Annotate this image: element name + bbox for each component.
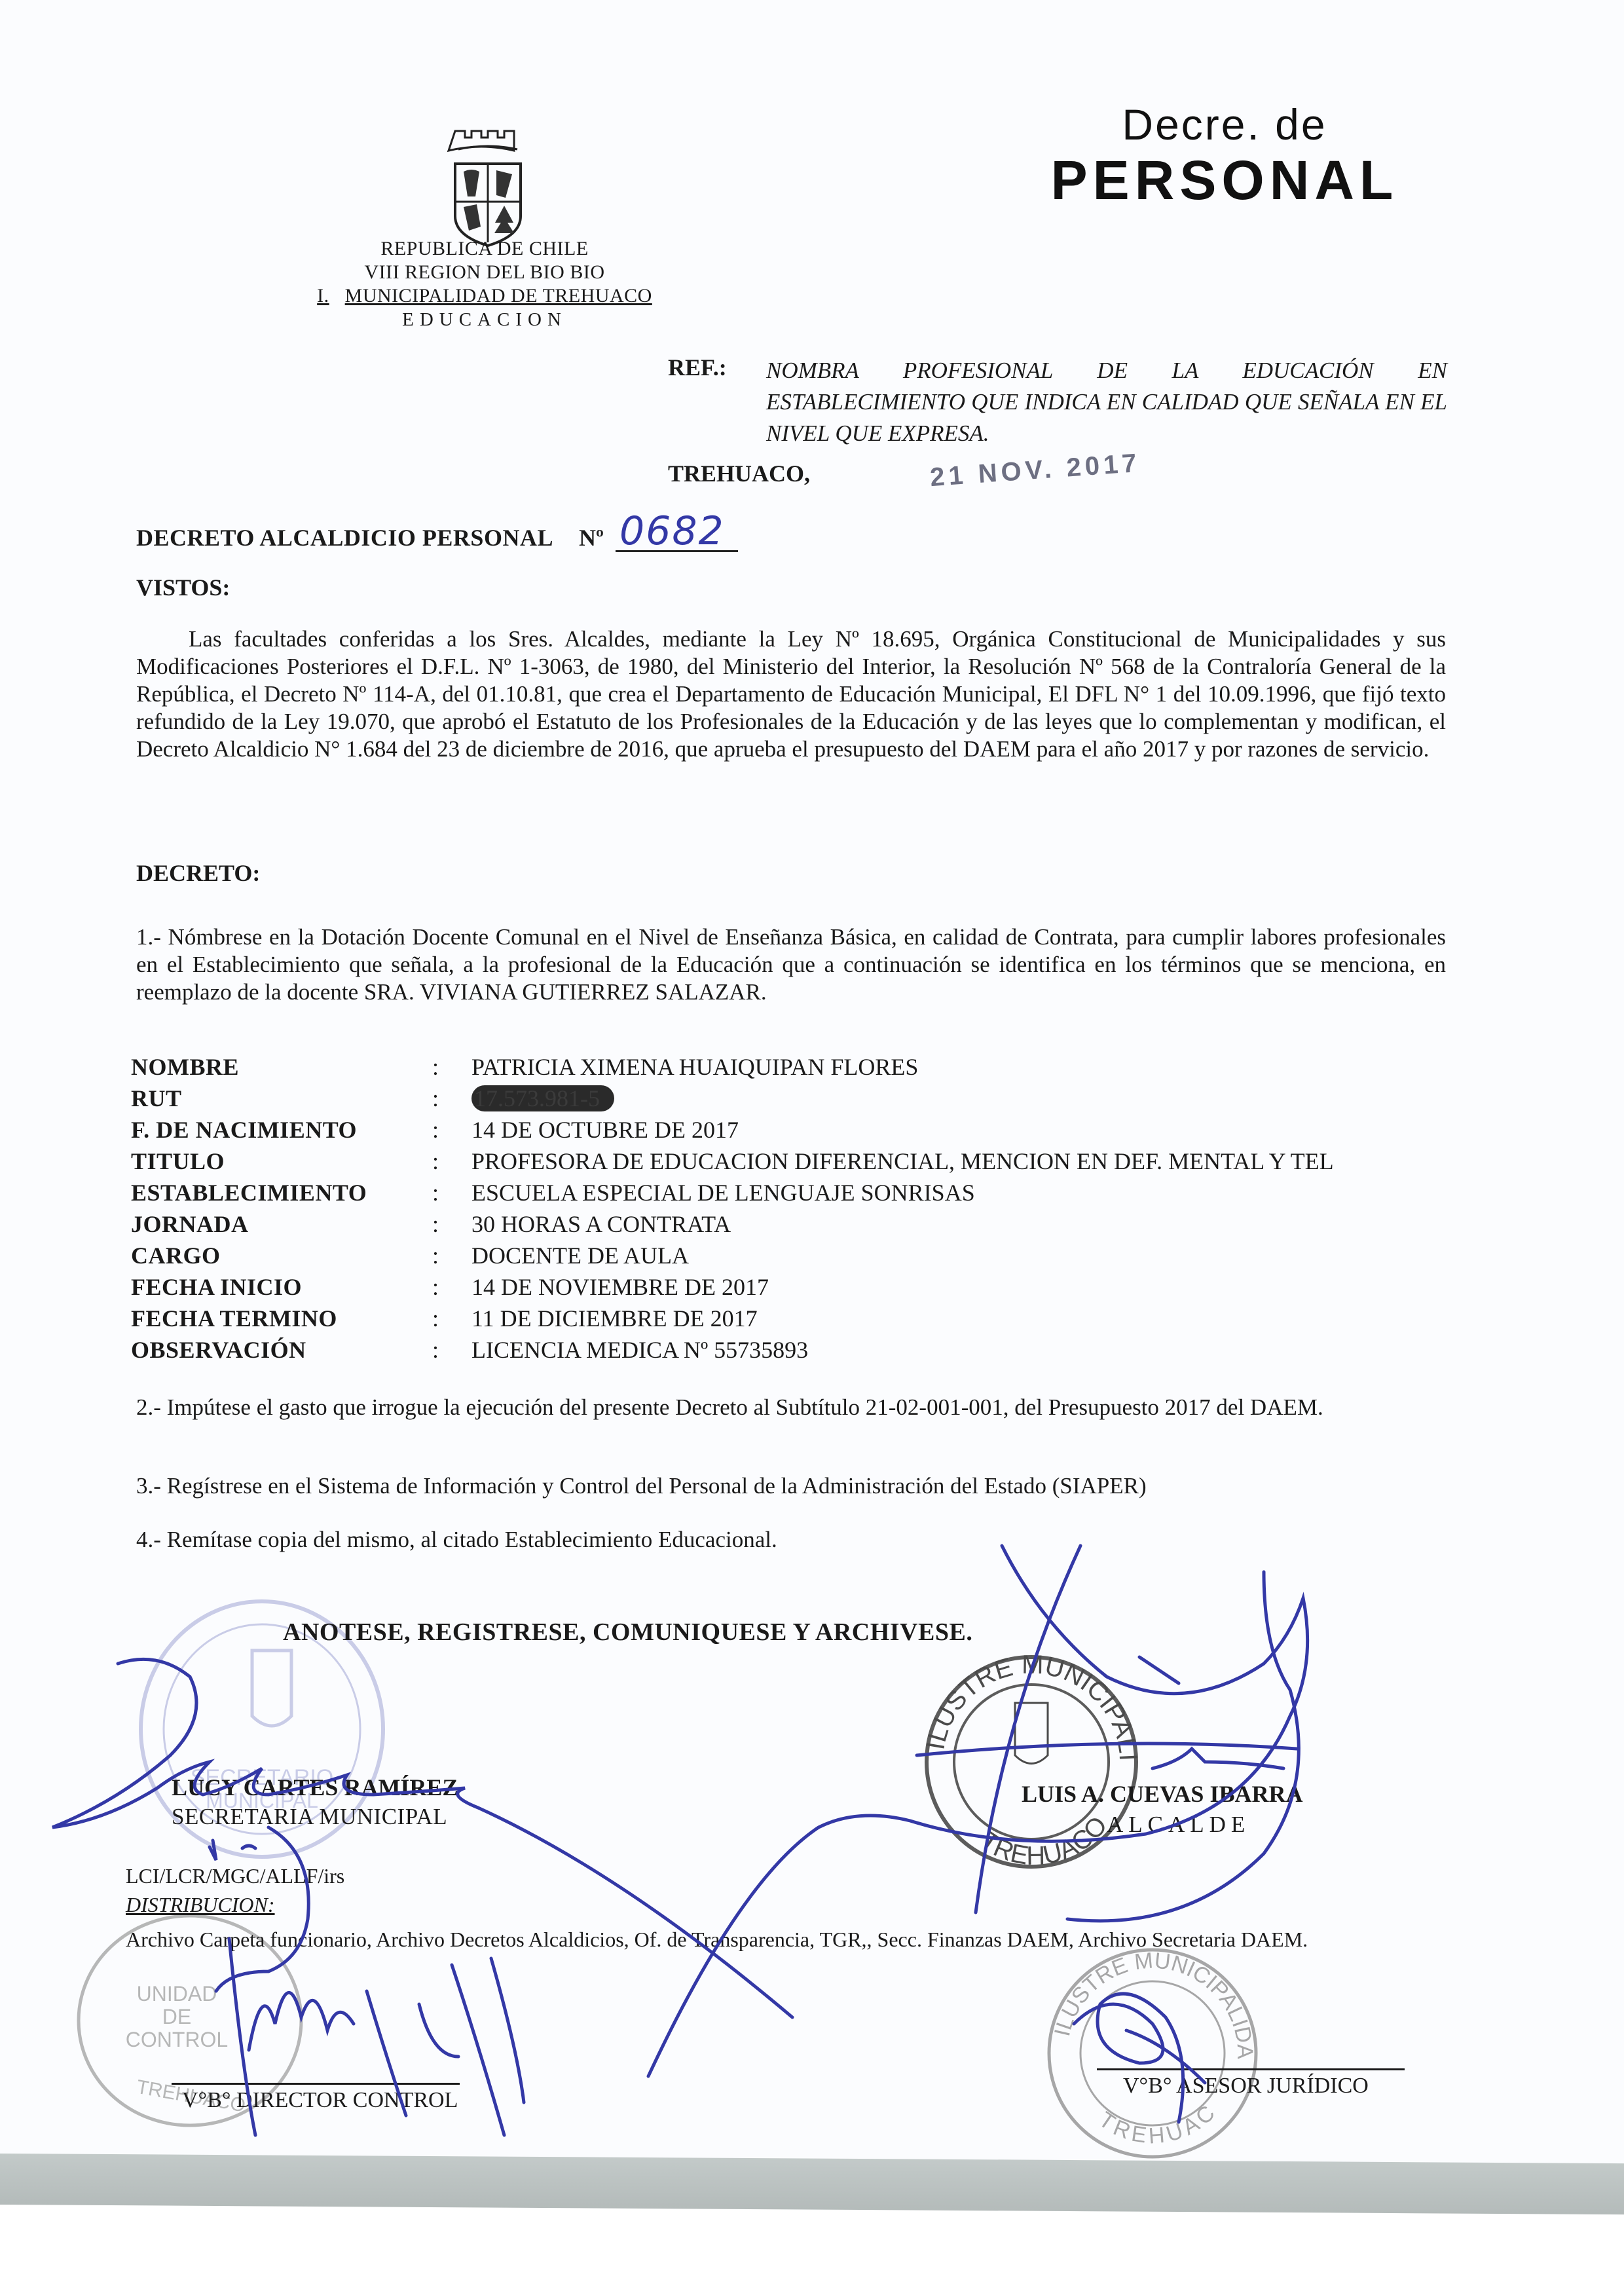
redacted-value: 17.573.981-5 xyxy=(471,1085,614,1111)
decreto-title: DECRETO: xyxy=(136,859,260,887)
detail-value-text: PATRICIA XIMENA HUAIQUIPAN FLORES xyxy=(471,1054,918,1080)
document-type-line1: Decre. de xyxy=(1028,98,1421,151)
detail-row: CARGO:DOCENTE DE AULA xyxy=(131,1240,1441,1271)
decreto-item-4: 4.- Remítase copia del mismo, al citado … xyxy=(136,1526,1446,1554)
detail-label: CARGO xyxy=(131,1240,432,1271)
mayor-name: LUIS A. CUEVAS IBARRA xyxy=(1022,1780,1302,1808)
detail-separator: : xyxy=(432,1051,471,1083)
detail-row: FECHA TERMINO:11 DE DICIEMBRE DE 2017 xyxy=(131,1303,1441,1334)
reference-text: NOMBRA PROFESIONAL DE LA EDUCACIÓN EN ES… xyxy=(766,355,1447,449)
control-signature-line xyxy=(172,2083,460,2085)
detail-label: ESTABLECIMIENTO xyxy=(131,1177,432,1208)
header-line-country: REPUBLICA DE CHILE xyxy=(288,237,681,261)
detail-label: NOMBRE xyxy=(131,1051,432,1083)
decree-title: DECRETO ALCALDICIO PERSONAL xyxy=(136,524,553,551)
detail-separator: : xyxy=(432,1271,471,1303)
detail-label: OBSERVACIÓN xyxy=(131,1334,432,1366)
detail-value-text: PROFESORA DE EDUCACION DIFERENCIAL, MENC… xyxy=(471,1148,1334,1174)
legal-signature-line xyxy=(1097,2068,1405,2070)
detail-value: PROFESORA DE EDUCACION DIFERENCIAL, MENC… xyxy=(471,1146,1441,1177)
secretary-name: LUCY CARTES RAMÍREZ xyxy=(172,1774,458,1801)
detail-label: TITULO xyxy=(131,1146,432,1177)
detail-value-text: DOCENTE DE AULA xyxy=(471,1242,689,1269)
detail-label: JORNADA xyxy=(131,1208,432,1240)
detail-row: JORNADA:30 HORAS A CONTRATA xyxy=(131,1208,1441,1240)
detail-separator: : xyxy=(432,1334,471,1366)
legal-approval-label: V°B° ASESOR JURÍDICO xyxy=(1123,2074,1369,2099)
mayor-role: ALCALDE xyxy=(1107,1812,1250,1838)
scanner-edge-shadow xyxy=(0,2154,1624,2214)
detail-value: 11 DE DICIEMBRE DE 2017 xyxy=(471,1303,1441,1334)
detail-label: F. DE NACIMIENTO xyxy=(131,1114,432,1146)
decree-number-handwritten: 0682 xyxy=(616,512,738,552)
appointee-details-table: NOMBRE:PATRICIA XIMENA HUAIQUIPAN FLORES… xyxy=(131,1051,1441,1366)
detail-value: DOCENTE DE AULA xyxy=(471,1240,1441,1271)
detail-row: F. DE NACIMIENTO:14 DE OCTUBRE DE 2017 xyxy=(131,1114,1441,1146)
detail-row: OBSERVACIÓN:LICENCIA MEDICA Nº 55735893 xyxy=(131,1334,1441,1366)
detail-value-text: ESCUELA ESPECIAL DE LENGUAJE SONRISAS xyxy=(471,1180,975,1206)
detail-value-text: LICENCIA MEDICA Nº 55735893 xyxy=(471,1337,808,1363)
decree-number-label: Nº xyxy=(579,524,604,551)
place-label: TREHUACO, xyxy=(668,460,810,487)
control-approval-label: V°B° DIRECTOR CONTROL xyxy=(182,2088,458,2113)
detail-row: RUT:17.573.981-5 xyxy=(131,1083,1441,1114)
vistos-text: Las facultades conferidas a los Sres. Al… xyxy=(136,625,1446,763)
decreto-item-1: 1.- Nómbrese en la Dotación Docente Comu… xyxy=(136,924,1446,1006)
document-type-line2: PERSONAL xyxy=(1028,151,1421,210)
detail-value-text: 11 DE DICIEMBRE DE 2017 xyxy=(471,1305,758,1332)
distribution-title: DISTRIBUCION: xyxy=(126,1893,275,1917)
detail-value: LICENCIA MEDICA Nº 55735893 xyxy=(471,1334,1441,1366)
detail-separator: : xyxy=(432,1240,471,1271)
municipal-coat-of-arms-icon xyxy=(445,124,530,249)
detail-value: 14 DE OCTUBRE DE 2017 xyxy=(471,1114,1441,1146)
decreto-item-2: 2.- Impútese el gasto que irrogue la eje… xyxy=(136,1394,1446,1421)
detail-value-text: 14 DE NOVIEMBRE DE 2017 xyxy=(471,1274,769,1300)
detail-value: 17.573.981-5 xyxy=(471,1083,1441,1114)
municipality-name: MUNICIPALIDAD DE TREHUACO xyxy=(345,285,652,307)
detail-separator: : xyxy=(432,1146,471,1177)
detail-label: FECHA TERMINO xyxy=(131,1303,432,1334)
decreto-item-3: 3.- Regístrese en el Sistema de Informac… xyxy=(136,1472,1446,1500)
header-institution-block: REPUBLICA DE CHILE VIII REGION DEL BIO B… xyxy=(288,237,681,331)
detail-value: ESCUELA ESPECIAL DE LENGUAJE SONRISAS xyxy=(471,1177,1441,1208)
detail-separator: : xyxy=(432,1114,471,1146)
detail-label: FECHA INICIO xyxy=(131,1271,432,1303)
detail-row: FECHA INICIO:14 DE NOVIEMBRE DE 2017 xyxy=(131,1271,1441,1303)
detail-value: 30 HORAS A CONTRATA xyxy=(471,1208,1441,1240)
closing-formula: ANOTESE, REGISTRESE, COMUNIQUESE Y ARCHI… xyxy=(283,1618,972,1647)
detail-row: NOMBRE:PATRICIA XIMENA HUAIQUIPAN FLORES xyxy=(131,1051,1441,1083)
detail-row: TITULO:PROFESORA DE EDUCACION DIFERENCIA… xyxy=(131,1146,1441,1177)
reference-label: REF.: xyxy=(668,354,727,381)
detail-value-text: 14 DE OCTUBRE DE 2017 xyxy=(471,1117,739,1143)
header-line-region: VIII REGION DEL BIO BIO xyxy=(288,261,681,284)
detail-separator: : xyxy=(432,1208,471,1240)
detail-separator: : xyxy=(432,1177,471,1208)
detail-row: ESTABLECIMIENTO:ESCUELA ESPECIAL DE LENG… xyxy=(131,1177,1441,1208)
detail-value: PATRICIA XIMENA HUAIQUIPAN FLORES xyxy=(471,1051,1441,1083)
vistos-title: VISTOS: xyxy=(136,574,230,601)
header-department: EDUCACION xyxy=(288,308,681,331)
header-line-municipality: I. MUNICIPALIDAD DE TREHUACO xyxy=(288,284,681,308)
detail-separator: : xyxy=(432,1303,471,1334)
detail-separator: : xyxy=(432,1083,471,1114)
document-type-stamp: Decre. de PERSONAL xyxy=(1028,98,1421,210)
detail-label: RUT xyxy=(131,1083,432,1114)
secretary-role: SECRETARIA MUNICIPAL xyxy=(172,1804,447,1830)
detail-value: 14 DE NOVIEMBRE DE 2017 xyxy=(471,1271,1441,1303)
detail-value-text: 30 HORAS A CONTRATA xyxy=(471,1211,731,1237)
municipality-prefix: I. xyxy=(317,285,329,307)
distribution-list: Archivo Carpeta funcionario, Archivo Dec… xyxy=(126,1926,1435,1953)
drafting-initials: LCI/LCR/MGC/ALLF/irs xyxy=(126,1864,344,1888)
